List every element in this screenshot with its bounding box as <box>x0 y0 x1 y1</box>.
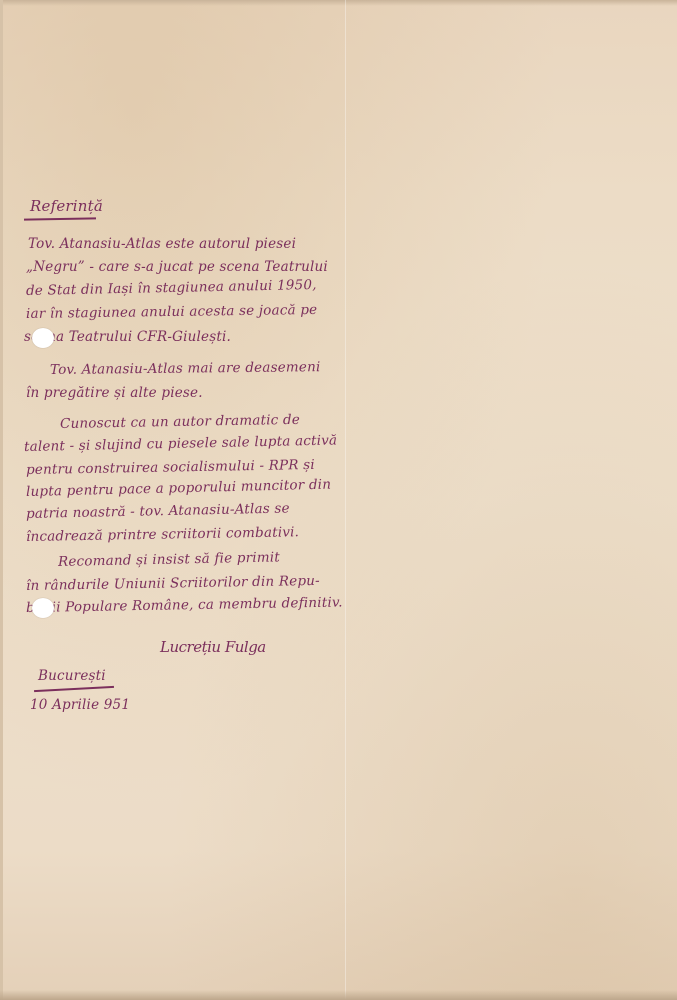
punch-hole-lower <box>32 598 54 618</box>
body-line-1: Tov. Atanasiu-Atlas este autorul piesei <box>28 236 296 252</box>
signature: Lucrețiu Fulga <box>160 638 266 656</box>
letter-heading: Referință <box>30 197 103 215</box>
body-line-2: „Negru” - care s-a jucat pe scena Teatru… <box>26 259 328 275</box>
body-line-9: talent - și slujind cu piesele sale lupt… <box>24 432 338 455</box>
body-line-8: Cunoscut ca un autor dramatic de <box>60 412 300 432</box>
body-line-15: în rândurile Uniunii Scriitorilor din Re… <box>26 573 320 594</box>
body-line-13: încadrează printre scriitorii combativi. <box>26 524 299 545</box>
body-line-4: iar în stagiunea anului acesta se joacă … <box>26 302 318 322</box>
body-line-11: lupta pentru pace a poporului muncitor d… <box>26 477 332 500</box>
paper-fold-line <box>345 0 346 1000</box>
body-line-12: patria noastră - tov. Atanasiu-Atlas se <box>26 500 290 522</box>
letter-date: 10 Aprilie 951 <box>30 697 130 713</box>
place-underline <box>34 686 114 692</box>
body-line-16: blicii Populare Române, ca membru defini… <box>26 594 343 616</box>
scanned-document-page: Referință Tov. Atanasiu-Atlas este autor… <box>0 0 677 1000</box>
body-line-3: de Stat din Iași în stagiunea anului 195… <box>26 277 317 299</box>
punch-hole-upper <box>32 328 54 348</box>
paper-left-edge <box>0 0 3 1000</box>
body-line-6: Tov. Atanasiu-Atlas mai are deasemeni <box>50 359 321 378</box>
place-name: București <box>38 668 106 684</box>
heading-underline <box>24 217 96 220</box>
body-line-7: în pregătire și alte piese. <box>26 385 203 401</box>
body-line-5: scena Teatrului CFR-Giulești. <box>24 329 231 345</box>
body-line-14: Recomand și insist să fie primit <box>58 549 280 570</box>
paper-bottom-edge <box>0 990 677 1000</box>
paper-top-edge <box>0 0 677 6</box>
body-line-10: pentru construirea socialismului - RPR ș… <box>26 457 315 478</box>
